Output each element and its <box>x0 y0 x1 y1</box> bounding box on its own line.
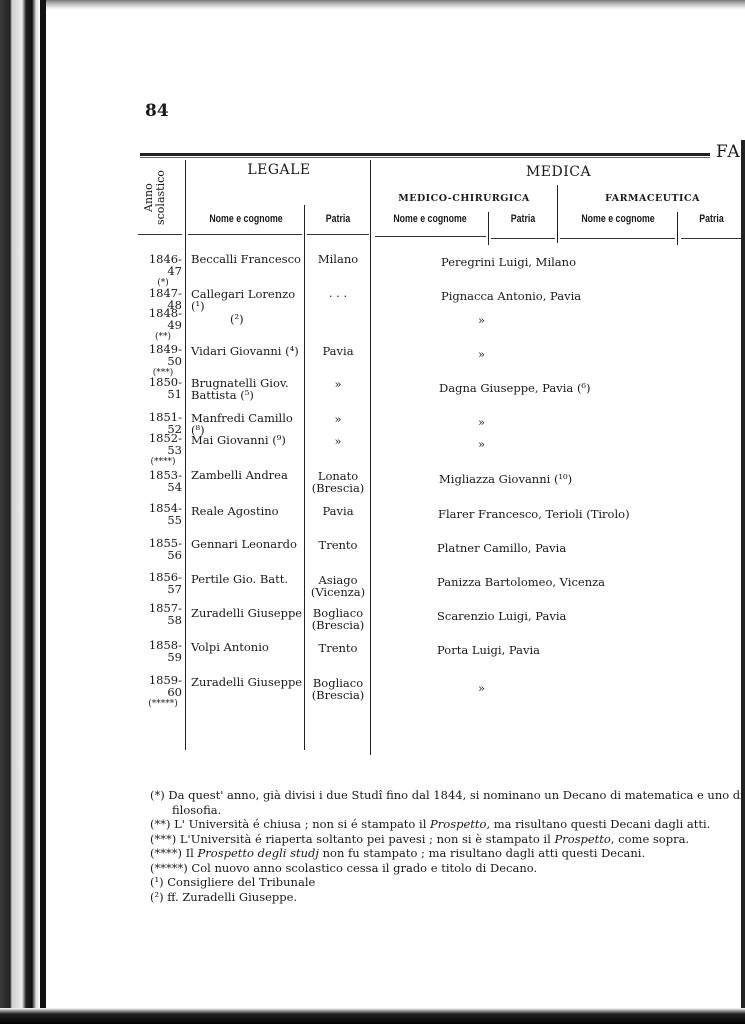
row-legale-nome: Brugnatelli Giov. Battista (⁵) <box>191 377 299 401</box>
row-medica: Panizza Bartolomeo, Vicenza <box>437 576 707 588</box>
table-hrule <box>307 234 369 235</box>
row-legale-nome: Reale Agostino <box>191 505 306 517</box>
row-legale-patria: Pavia <box>306 505 370 517</box>
header-rule-thin <box>140 157 710 158</box>
footnote: (****) Il Prospetto degli studj non fu s… <box>150 846 745 861</box>
table-vrule <box>557 185 558 243</box>
subgroup-medico-chirurgica: MEDICO-CHIRURGICA <box>372 193 556 204</box>
row-legale-nome: Volpi Antonio <box>191 641 306 653</box>
col-legale-nome: Nome e cognome <box>200 213 293 225</box>
row-legale-patria: . . . <box>306 287 370 299</box>
page-left-edge <box>40 0 46 1010</box>
row-year: 1852-53(****) <box>138 432 182 468</box>
row-legale-patria: » <box>306 413 370 425</box>
row-year: 1858-59 <box>138 639 182 663</box>
header-rule <box>140 153 710 156</box>
row-legale-patria: Trento <box>306 642 370 654</box>
page-top-edge <box>46 0 745 10</box>
table-hrule <box>188 234 302 235</box>
row-year: 1855-56 <box>138 537 182 561</box>
row-legale-patria: » <box>306 435 370 447</box>
table-hrule <box>138 234 182 235</box>
row-medica: Porta Luigi, Pavia <box>437 644 707 656</box>
col-farm-patria: Patria <box>685 213 739 225</box>
row-legale-nome: (²) <box>230 313 345 325</box>
subgroup-farmaceutica: FARMACEUTICA <box>560 193 745 204</box>
row-medica: Flarer Francesco, Terioli (Tirolo) <box>438 508 708 520</box>
row-medica-ditto: » <box>478 438 498 450</box>
row-medica-ditto: » <box>478 682 498 694</box>
row-legale-patria: Milano <box>306 253 370 265</box>
table-hrule <box>491 238 555 239</box>
footnote: (*****) Col nuovo anno scolastico cessa … <box>150 861 745 876</box>
group-medica: MEDICA <box>372 164 745 180</box>
row-legale-patria: » <box>306 378 370 390</box>
row-medica-ditto: » <box>478 348 498 360</box>
row-year: 1846-47(*) <box>138 253 182 289</box>
col-mc-patria: Patria <box>497 213 550 225</box>
row-legale-nome: Vidari Giovanni (⁴) <box>191 345 306 357</box>
footnote: (²) ff. Zuradelli Giuseppe. <box>150 890 745 905</box>
table-hrule <box>560 238 675 239</box>
table-vrule <box>185 160 186 750</box>
footnote: (***) L'Università é riaperta soltanto p… <box>150 832 745 847</box>
row-medica: Platner Camillo, Pavia <box>437 542 707 554</box>
row-legale-nome: Mai Giovanni (⁹) <box>191 434 306 446</box>
footnote: (**) L' Università é chiusa ; non si é s… <box>150 817 745 832</box>
row-legale-patria: Asiago (Vicenza) <box>308 574 368 598</box>
row-medica-ditto: » <box>478 314 498 326</box>
page-number: 84 <box>145 101 169 121</box>
table-vrule <box>677 212 678 245</box>
table-vrule <box>488 212 489 245</box>
col-farm-nome: Nome e cognome <box>572 213 665 225</box>
running-header-fragment: FA <box>716 142 741 162</box>
year-header-line2: scolastico <box>154 170 167 225</box>
row-year: 1849-50(***) <box>138 343 182 379</box>
row-legale-nome: Zuradelli Giuseppe <box>191 676 306 688</box>
table-hrule <box>375 236 486 237</box>
row-legale-patria: Trento <box>306 539 370 551</box>
row-legale-nome: Zambelli Andrea <box>191 469 306 481</box>
row-medica-ditto: » <box>478 416 498 428</box>
row-medica: Dagna Giuseppe, Pavia (⁶) <box>439 382 709 394</box>
footnote: (*) Da quest' anno, già divisi i due Stu… <box>150 788 745 817</box>
row-year: 1856-57 <box>138 571 182 595</box>
row-legale-nome: Zuradelli Giuseppe <box>191 607 306 619</box>
row-legale-patria: Bogliaco (Brescia) <box>308 607 368 631</box>
row-year: 1859-60(*****) <box>138 674 182 710</box>
row-year: 1854-55 <box>138 502 182 526</box>
row-year: 1850-51 <box>138 376 182 400</box>
col-mc-nome: Nome e cognome <box>384 213 477 225</box>
year-column-header: Anno scolastico <box>143 170 169 225</box>
page-bottom-edge <box>0 1008 745 1024</box>
row-legale-patria: Bogliaco (Brescia) <box>308 677 368 701</box>
book-binding-edge <box>0 0 40 1024</box>
row-medica: Scarenzio Luigi, Pavia <box>437 610 707 622</box>
row-year: 1848-49(**) <box>138 307 182 343</box>
table-hrule <box>681 238 741 239</box>
footnotes: (*) Da quest' anno, già divisi i due Stu… <box>150 788 745 904</box>
row-legale-nome: Callegari Lorenzo (¹) <box>191 288 306 312</box>
row-medica: Pignacca Antonio, Pavia <box>441 290 711 302</box>
row-medica: Migliazza Giovanni (¹⁰) <box>439 473 709 485</box>
row-medica: Peregrini Luigi, Milano <box>441 256 711 268</box>
group-legale: LEGALE <box>188 162 370 178</box>
row-legale-nome: Beccalli Francesco <box>191 253 306 265</box>
table-vrule <box>370 160 371 755</box>
row-legale-patria: Lonato (Brescia) <box>306 470 370 494</box>
row-legale-nome: Gennari Leonardo <box>191 538 306 550</box>
row-legale-patria: Pavia <box>306 345 370 357</box>
footnote: (¹) Consigliere del Tribunale <box>150 875 745 890</box>
row-year: 1857-58 <box>138 602 182 626</box>
row-legale-nome: Pertile Gio. Batt. <box>191 573 306 585</box>
col-legale-patria: Patria <box>312 213 363 225</box>
row-year: 1853-54 <box>138 469 182 493</box>
